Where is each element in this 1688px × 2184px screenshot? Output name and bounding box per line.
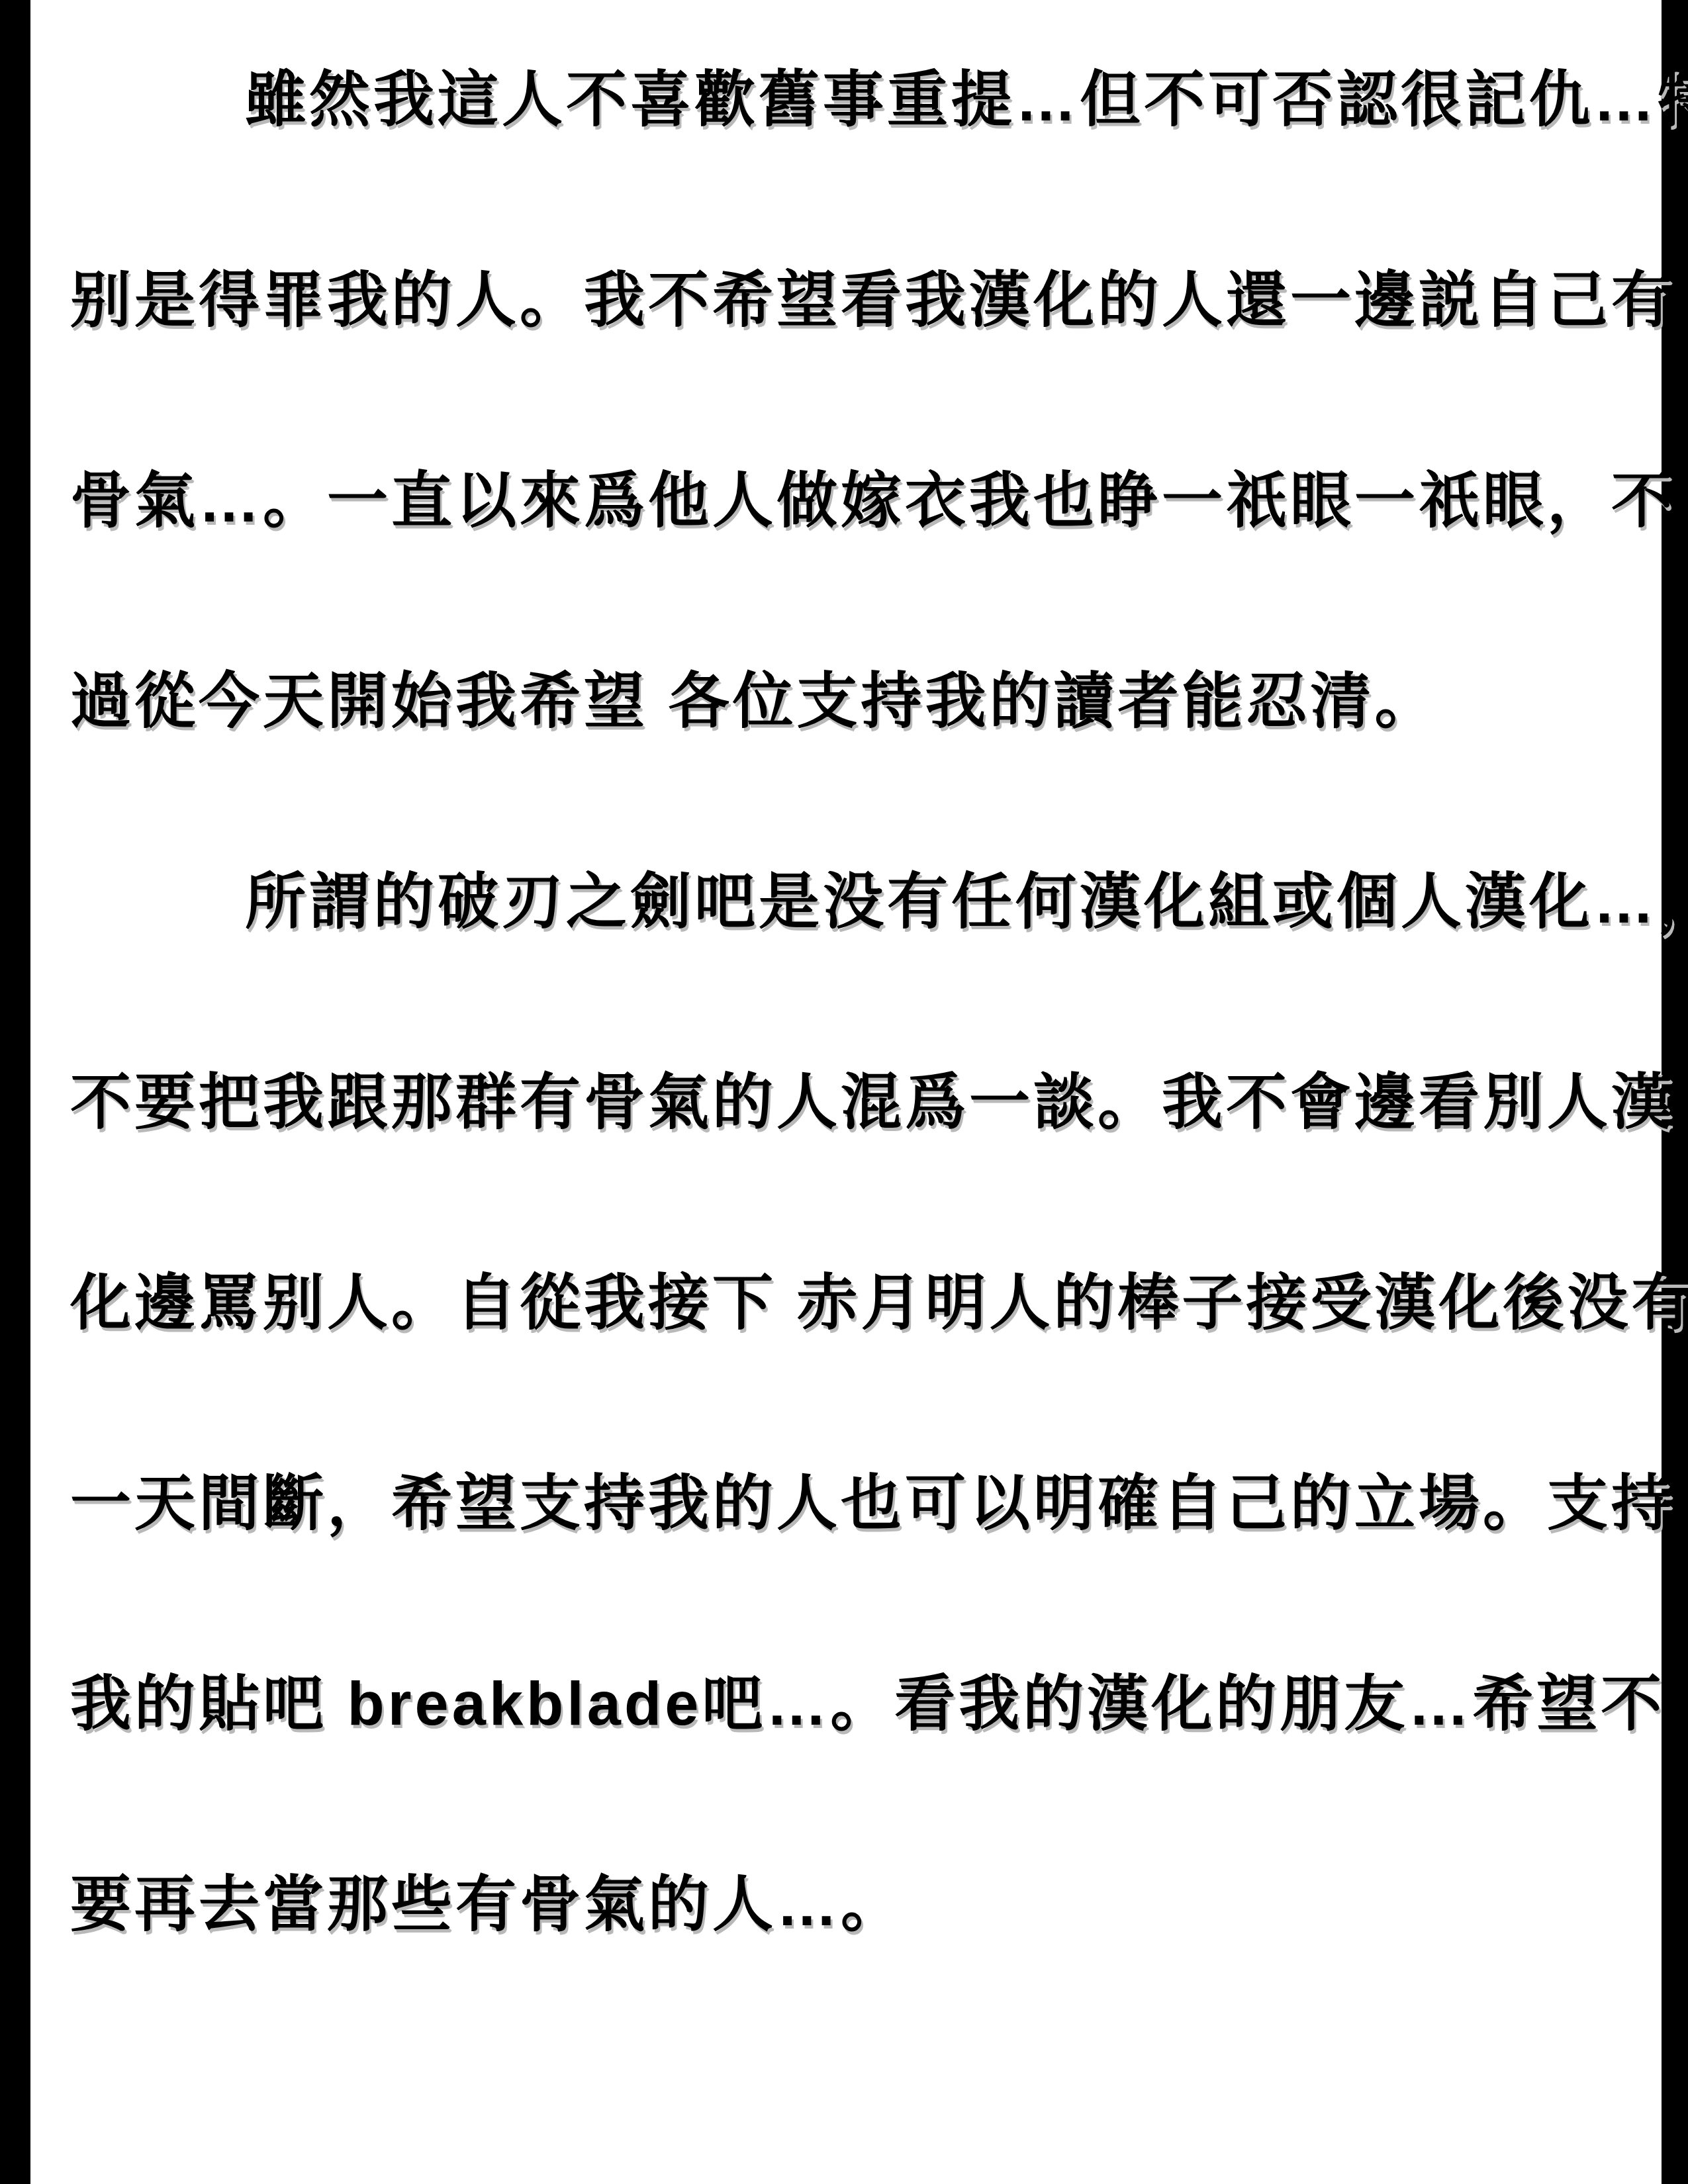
note-text-block: 雖然我這人不喜歡舊事重提…但不可否認很記仇…特 别是得罪我的人。我不希望看我漢化… — [0, 0, 1688, 2005]
text-line-2: 别是得罪我的人。我不希望看我漢化的人還一邊説自己有 — [70, 201, 1627, 401]
text-line-1: 雖然我這人不喜歡舊事重提…但不可否認很記仇…特 — [70, 0, 1627, 201]
text-line-10: 要再去當那些有骨氣的人…。 — [70, 1805, 1627, 2005]
translator-note-page: 雖然我這人不喜歡舊事重提…但不可否認很記仇…特 别是得罪我的人。我不希望看我漢化… — [0, 0, 1688, 2184]
text-line-9: 我的貼吧 breakblade吧…。看我的漢化的朋友…希望不 — [70, 1604, 1627, 1805]
text-line-6: 不要把我跟那群有骨氣的人混爲一談。我不會邊看別人漢 — [70, 1003, 1627, 1203]
text-line-3: 骨氣…。一直以來爲他人做嫁衣我也睁一祇眼一祇眼，不 — [70, 401, 1627, 602]
text-line-4: 過從今天開始我希望 各位支持我的讀者能忍清。 — [70, 602, 1627, 802]
text-line-7: 化邊罵别人。自從我接下 赤月明人的棒子接受漢化後没有 — [70, 1203, 1627, 1404]
text-line-8: 一天間斷，希望支持我的人也可以明確自己的立場。支持 — [70, 1404, 1627, 1604]
text-line-5: 所謂的破刃之劍吧是没有任何漢化組或個人漢化…， — [70, 802, 1627, 1003]
